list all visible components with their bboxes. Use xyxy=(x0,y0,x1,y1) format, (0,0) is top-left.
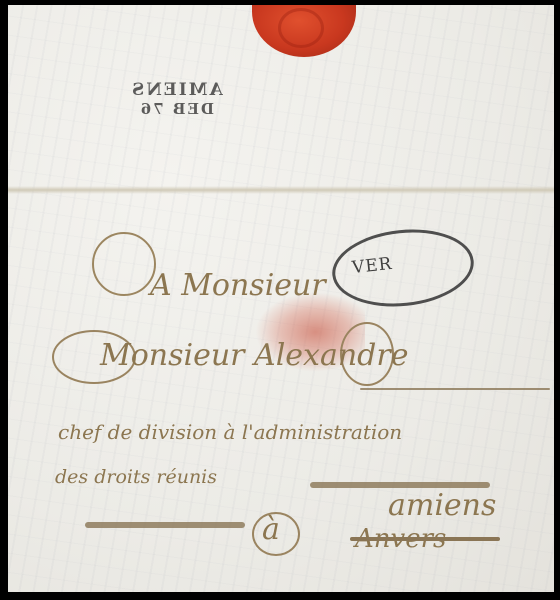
underline-stroke-left xyxy=(85,522,245,528)
fold-line xyxy=(8,186,554,194)
underline-alexandre xyxy=(360,388,550,390)
flourish-a xyxy=(92,232,156,296)
mirrored-postmark-line1: AMIENS xyxy=(130,80,223,100)
mirrored-postmark-line2: DEB 76 xyxy=(130,100,223,118)
address-line-2: Monsieur Alexandre xyxy=(100,338,408,373)
strikethrough-city xyxy=(350,537,500,541)
oval-postmark-text: VER xyxy=(351,254,393,278)
address-line-4: des droits réunis xyxy=(55,466,217,488)
underline-stroke xyxy=(310,482,490,488)
letter-frame: AMIENS DEB 76 VER A Monsieur Monsieur Al… xyxy=(0,0,560,600)
mirrored-postmark: AMIENS DEB 76 xyxy=(130,80,223,118)
city-amiens: amiens xyxy=(388,488,496,523)
address-line-1: A Monsieur xyxy=(150,268,326,303)
address-line-3: chef de division à l'administration xyxy=(58,420,402,444)
wax-seal-impression xyxy=(278,8,324,48)
address-line-5: à xyxy=(262,512,280,547)
